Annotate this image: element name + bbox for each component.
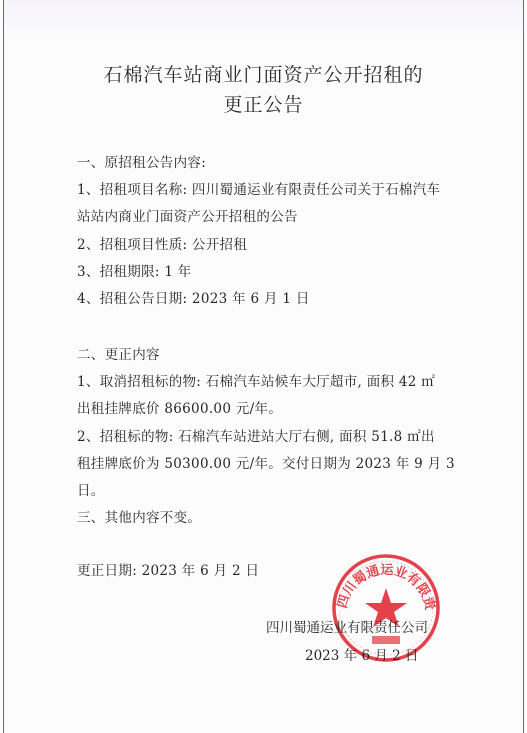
section1-item3: 3、招租期限: 1 年 — [77, 260, 192, 280]
correction-date: 更正日期: 2023 年 6 月 2 日 — [77, 559, 259, 579]
document-title-line1: 石棉汽车站商业门面资产公开招租的 — [0, 60, 527, 87]
section2-item2-line2: 租挂牌底价为 50300.00 元/年。交付日期为 2023 年 9 月 3 — [77, 452, 455, 472]
section2-item2-line3: 日。 — [77, 479, 105, 499]
section2-item1-line2: 出租挂牌底价 86600.00 元/年。 — [77, 397, 282, 417]
section2-item1-line1: 1、取消招租标的物: 石棉汽车站候车大厅超市, 面积 42 ㎡ — [77, 370, 435, 390]
section1-item4: 4、招租公告日期: 2023 年 6 月 1 日 — [77, 287, 310, 307]
section2-item2-line1: 2、招租标的物: 石棉汽车站进站大厅右侧, 面积 51.8 ㎡出 — [77, 425, 435, 445]
section1-heading: 一、原招租公告内容: — [77, 151, 206, 171]
section1-item1-line1: 1、招租项目名称: 四川蜀通运业有限责任公司关于石棉汽车 — [77, 178, 440, 198]
page-top-tint — [4, 0, 523, 40]
section2-heading: 二、更正内容 — [77, 343, 160, 363]
signature-date: 2023 年 6 月 2 日 — [305, 644, 419, 664]
section1-item1-line2: 站站内商业门面资产公开招租的公告 — [77, 205, 298, 225]
section3-heading: 三、其他内容不变。 — [77, 506, 201, 526]
section1-item2: 2、招租项目性质: 公开招租 — [77, 233, 247, 253]
document-title-line2: 更正公告 — [0, 90, 527, 117]
signature-company: 四川蜀通运业有限责任公司 — [266, 616, 428, 636]
